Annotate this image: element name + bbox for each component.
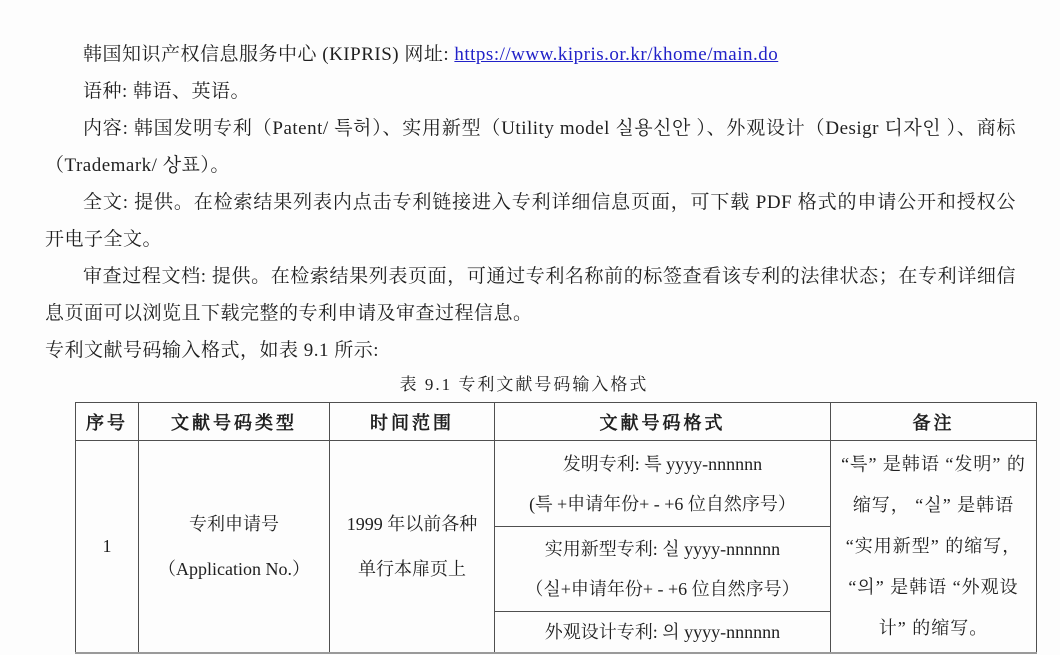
cell-seq: 1 — [76, 441, 139, 654]
patent-number-format-table: 序号 文献号码类型 时间范围 文献号码格式 备注 1 专利申请号 （Applic… — [75, 402, 1037, 654]
paragraph-table-intro: 专利文献号码输入格式，如表 9.1 所示: — [45, 332, 1016, 369]
doc-type-line2: （Application No.） — [145, 547, 323, 592]
paragraph-kipris-url: 韩国知识产权信息服务中心 (KIPRIS) 网址: https://www.ki… — [45, 36, 1016, 73]
time-range-line2: 单行本扉页上 — [336, 547, 488, 592]
doc-type-line1: 专利申请号 — [145, 502, 323, 547]
header-format: 文献号码格式 — [495, 403, 831, 441]
cell-note: “특” 是韩语 “发明” 的缩写， “실” 是韩语 “实用新型” 的缩写， “의… — [831, 441, 1037, 654]
document-content: 韩国知识产权信息服务中心 (KIPRIS) 网址: https://www.ki… — [0, 0, 1060, 654]
paragraph-languages: 语种: 韩语、英语。 — [45, 73, 1016, 110]
cell-doc-type: 专利申请号 （Application No.） — [139, 441, 330, 654]
header-note: 备注 — [831, 403, 1037, 441]
header-time: 时间范围 — [330, 403, 495, 441]
format-design-title: 外观设计专利: 의 yyyy-nnnnnn — [501, 612, 824, 652]
format-invention-detail: (특 +申请年份+ - +6 位自然序号） — [501, 484, 824, 524]
paragraph-fulltext: 全文: 提供。在检索结果列表内点击专利链接进入专利详细信息页面，可下载 PDF … — [45, 184, 1016, 258]
header-seq: 序号 — [76, 403, 139, 441]
table-header-row: 序号 文献号码类型 时间范围 文献号码格式 备注 — [76, 403, 1037, 441]
table-caption: 表 9.1 专利文献号码输入格式 — [75, 372, 973, 398]
document-page: 韩国知识产权信息服务中心 (KIPRIS) 网址: https://www.ki… — [0, 0, 1060, 655]
format-utility-detail: （실+申请年份+ - +6 位自然序号） — [501, 569, 824, 609]
cell-format-design: 外观设计专利: 의 yyyy-nnnnnn — [495, 612, 831, 654]
time-range-line1: 1999 年以前各种 — [336, 502, 488, 547]
format-utility-title: 实用新型专利: 실 yyyy-nnnnnn — [501, 529, 824, 569]
header-type: 文献号码类型 — [139, 403, 330, 441]
format-invention-title: 发明专利: 특 yyyy-nnnnnn — [501, 444, 824, 484]
paragraph-examination-docs: 审查过程文档: 提供。在检索结果列表页面，可通过专利名称前的标签查看该专利的法律… — [45, 258, 1016, 332]
paragraph-contents: 内容: 韩国发明专利（Patent/ 특허）、实用新型（Utility mode… — [45, 110, 1016, 184]
table-row: 1 专利申请号 （Application No.） 1999 年以前各种 单行本… — [76, 441, 1037, 527]
kipris-link[interactable]: https://www.kipris.or.kr/khome/main.do — [454, 44, 778, 65]
cell-format-invention: 发明专利: 특 yyyy-nnnnnn (특 +申请年份+ - +6 位自然序号… — [495, 441, 831, 527]
kipris-url-label: 韩国知识产权信息服务中心 (KIPRIS) 网址: — [83, 44, 454, 65]
cell-format-utility: 实用新型专利: 실 yyyy-nnnnnn （실+申请年份+ - +6 位自然序… — [495, 527, 831, 612]
cell-time-range: 1999 年以前各种 单行本扉页上 — [330, 441, 495, 654]
